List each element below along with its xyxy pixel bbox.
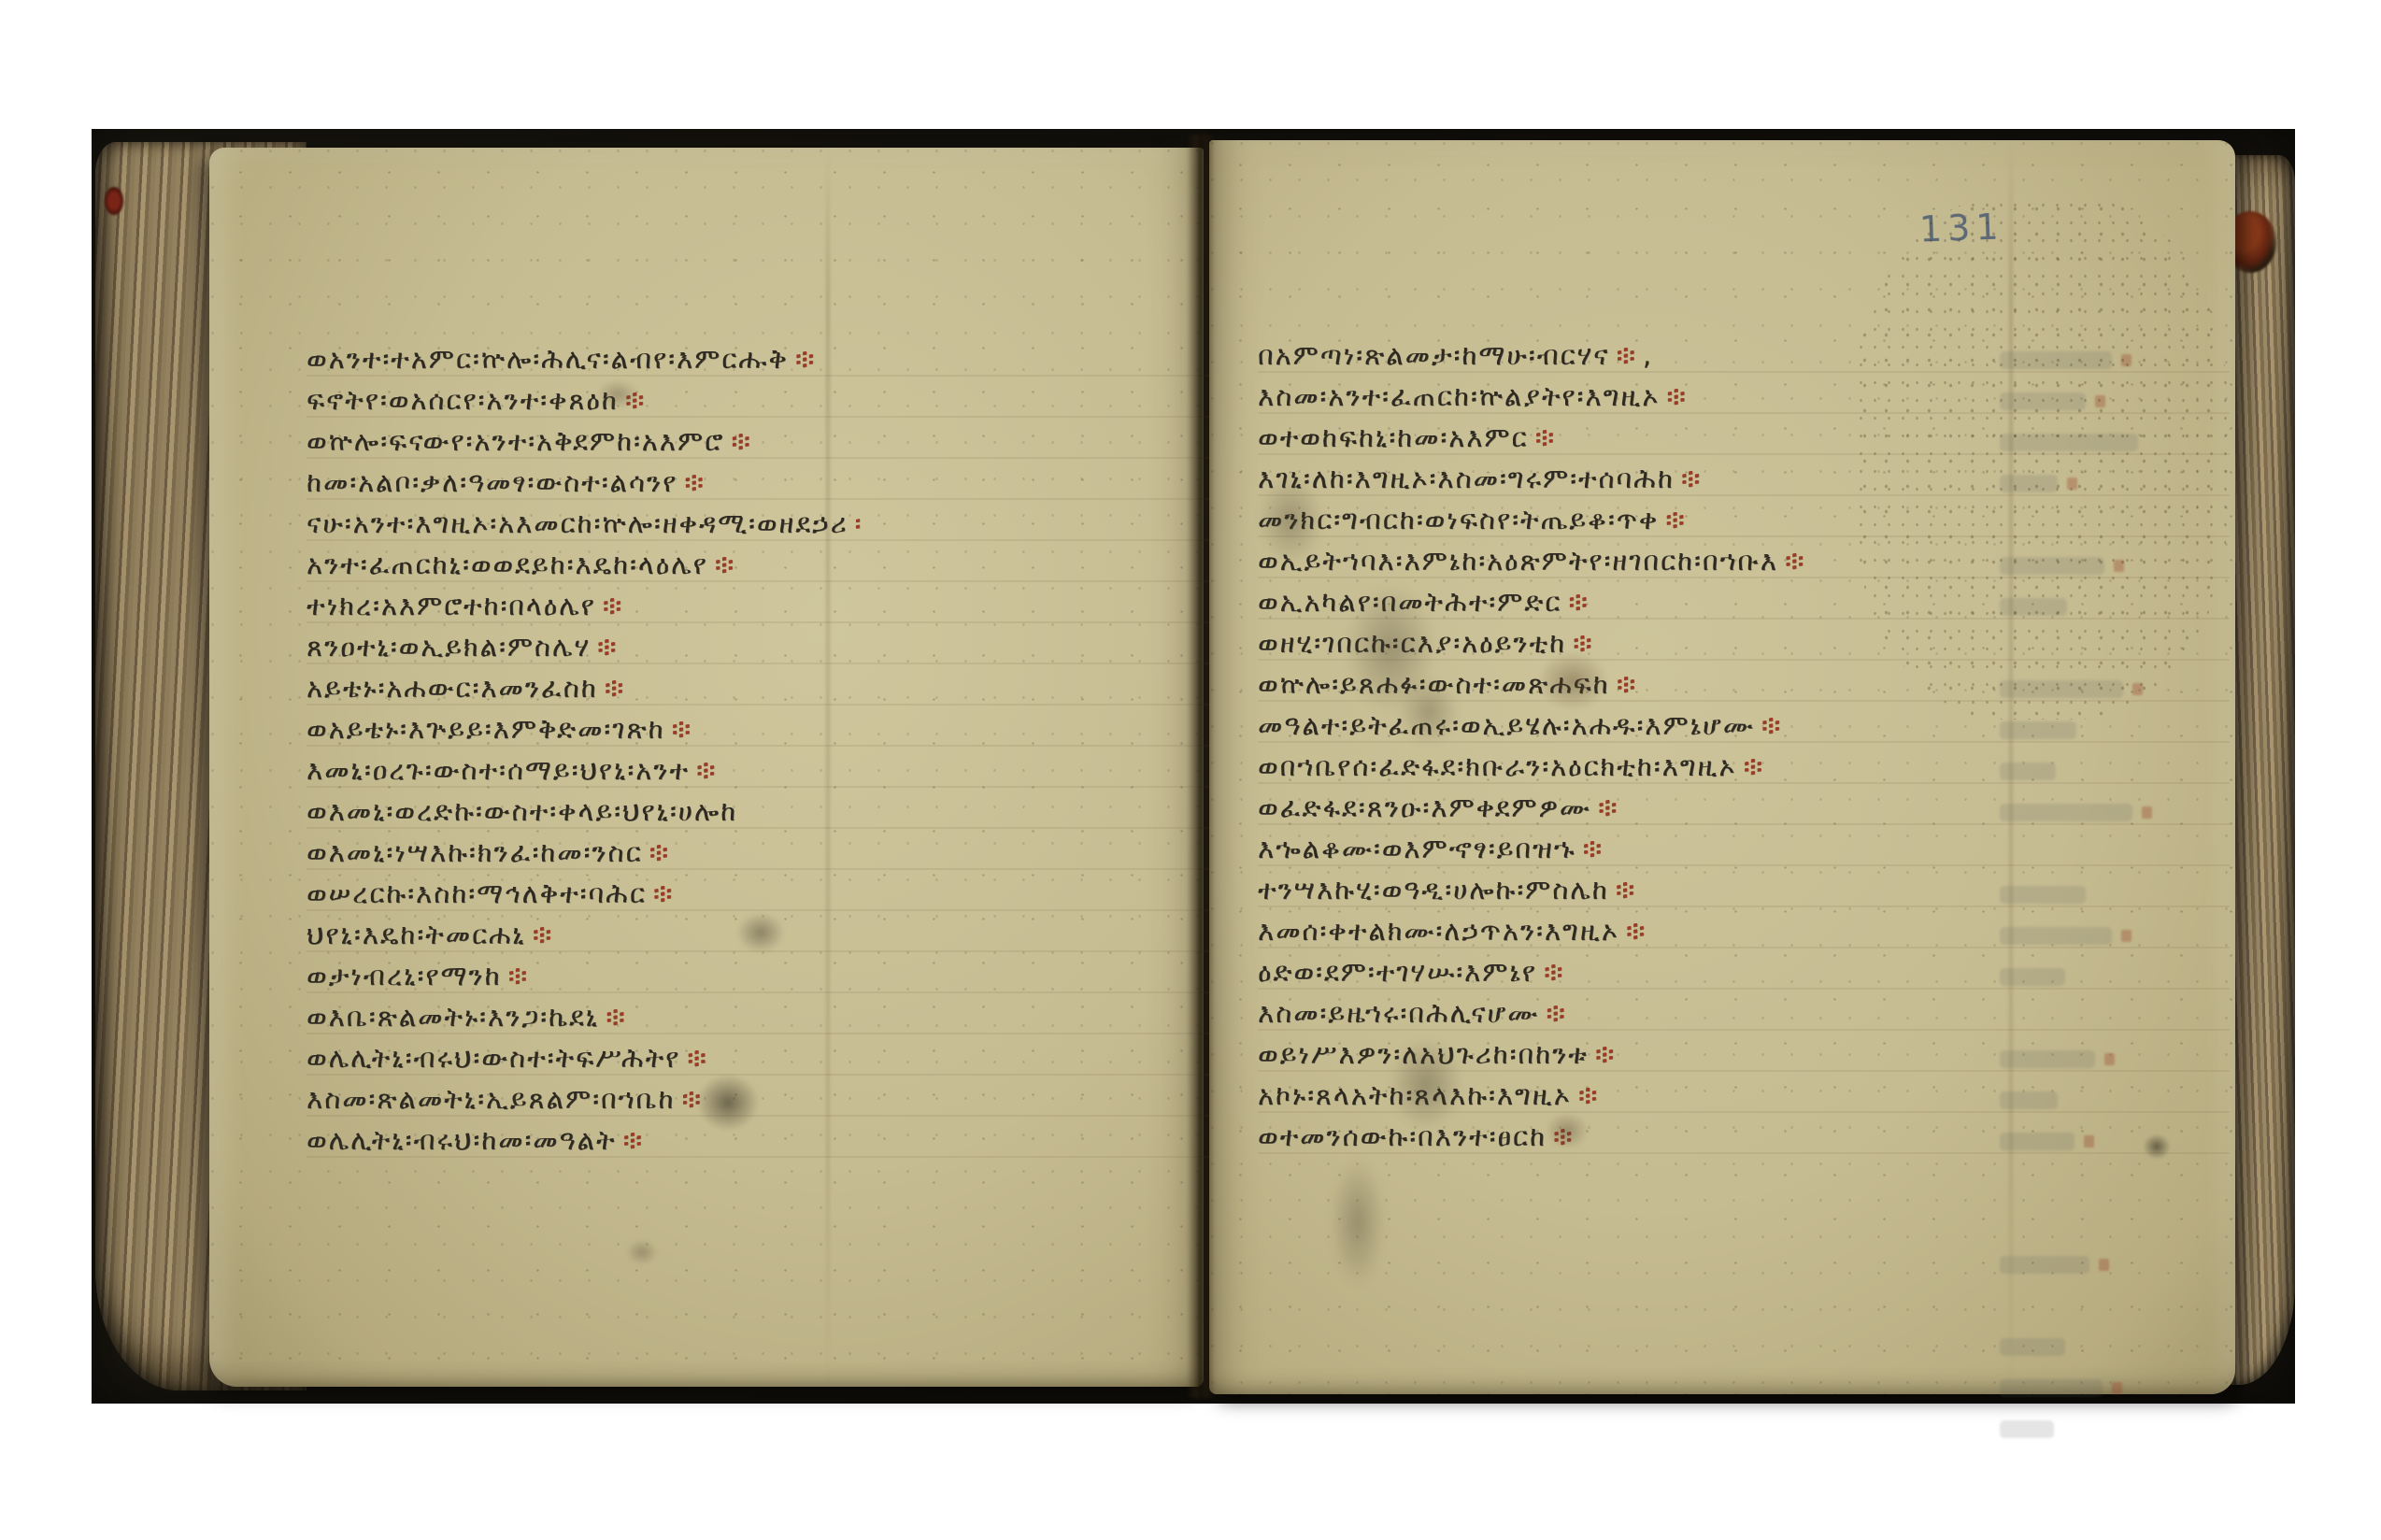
text-run: አኮኑ፡ጸላአትከ፡ጸላእኩ፡እግዚኦ <box>1258 1079 1572 1111</box>
text-line: ከመ፡አልቦ፡ቃለ፡ዓመፃ፡ውስተ፡ልሳንየ፨ <box>307 462 1222 503</box>
verse-separator: ፨ <box>1537 956 1564 988</box>
verse-separator: ፨ <box>647 877 674 909</box>
text-line: ወኵሎ፡ይጸሐፉ፡ውስተ፡መጽሐፍከ፨ <box>1258 663 2230 705</box>
text-line: ወይነሥእዎን፡ለአህጉሪከ፡በከንቱ፨ <box>1258 1034 2230 1075</box>
text-run: እኈልቆሙ፡ወእምኆፃ፡ይበዝኁ <box>1258 833 1576 864</box>
text-line: ፍኖትየ፡ወአሰርየ፡አንተ፡ቀጸዕከ፨ <box>307 379 1222 421</box>
text-run: ፍኖትየ፡ወአሰርየ፡አንተ፡ቀጸዕከ <box>307 384 619 416</box>
text-run: ዕድወ፡ደም፡ተገሃሡ፡እምኔየ <box>1258 956 1537 988</box>
verse-separator: ፨ <box>599 1001 626 1033</box>
text-line: ዕድወ፡ደም፡ተገሃሡ፡እምኔየ፨ <box>1258 951 2230 992</box>
text-run: ወሠረርኩ፡እስከ፡ማኅለቅተ፡ባሕር <box>307 877 647 909</box>
text-line: ወእመኒ፡ነሣእኩ፡ክንፈ፡ከመ፡ንስር፨ <box>307 832 1222 873</box>
text-run: እመሰ፡ቀተልክሙ፡ለኃጥአን፡እግዚኦ <box>1258 915 1619 947</box>
text-run: ወእመኒ፡ወረድኩ፡ውስተ፡ቀላይ፡ህየኒ፡ሀሎከ <box>307 795 737 827</box>
verse-separator: ፨ <box>1561 586 1589 618</box>
text-run: አይቴኑ፡አሐውር፡እመንፈስከ <box>307 672 598 704</box>
text-line: እስመ፡ጽልመትኒ፡ኢይጸልም፡በኀቤከ፨ <box>307 1078 1222 1119</box>
bleed-through-rubric-mark <box>2099 1259 2109 1271</box>
text-line: ወአንተ፡ተአምር፡ኵሎ፡ሕሊና፡ልብየ፡እምርሑቅ፨ <box>307 338 1222 379</box>
text-line: ወተመንሰውኩ፡በእንተ፡ፀርከ፨ <box>1258 1116 2230 1157</box>
verse-separator: ፨ <box>1609 874 1636 905</box>
verse-separator: ፨ <box>1610 339 1637 371</box>
text-run: ጸንዐተኒ፡ወኢይክል፡ምስሌሃ <box>307 631 591 663</box>
text-run: ወአይቴኑ፡እጕይይ፡እምቅድመ፡ገጽከ <box>307 713 665 745</box>
text-run: ወሌሊትኒ፡ብሩህ፡ውስተ፡ትፍሥሕትየ <box>307 1042 680 1074</box>
text-line: ወእቤ፡ጽልመትኑ፡እንጋ፡ኬደኒ፨ <box>307 996 1222 1037</box>
text-line: እኈልቆሙ፡ወእምኆፃ፡ይበዝኁ፨ <box>1258 828 2230 869</box>
verse-separator: ፨ <box>789 343 816 375</box>
verse-separator: ፨ <box>502 960 529 991</box>
text-run: ወእቤ፡ጽልመትኑ፡እንጋ፡ኬደኒ <box>307 1001 599 1033</box>
bleed-through-line <box>2000 1379 2103 1397</box>
text-run: ከመ፡አልቦ፡ቃለ፡ዓመፃ፡ውስተ፡ልሳንየ <box>307 466 677 498</box>
left-page: ወአንተ፡ተአምር፡ኵሎ፡ሕሊና፡ልብየ፡እምርሑቅ፨ፍኖትየ፡ወአሰርየ፡አን… <box>209 148 1204 1387</box>
text-run: ወፈድፋደ፡ጸንዑ፡እምቀደምዎሙ <box>1258 791 1591 823</box>
text-run: ወኢይትኀባእ፡እምኔከ፡አዕጽምትየ፡ዘገበርከ፡በኀቡእ <box>1258 545 1778 577</box>
text-line: ወኢይትኀባእ፡እምኔከ፡አዕጽምትየ፡ዘገበርከ፡በኀቡእ፨ <box>1258 540 2230 581</box>
text-line: ወሠረርኩ፡እስከ፡ማኅለቅተ፡ባሕር፨ <box>307 873 1222 914</box>
text-line: እስመ፡አንተ፡ፈጠርከ፡ኵልያትየ፡እግዚኦ፨ <box>1258 376 2230 417</box>
text-line: በአምጣነ፡ጽልመታ፡ከማሁ፡ብርሃና፨, <box>1258 335 2230 376</box>
verse-separator: ፨ <box>1566 627 1593 659</box>
text-line: አንተ፡ፈጠርከኒ፡ወወደይከ፡እዴከ፡ላዕሌየ፨ <box>307 544 1222 585</box>
verse-separator: ፨ <box>1737 750 1764 782</box>
text-run: ወይነሥእዎን፡ለአህጉሪከ፡በከንቱ <box>1258 1038 1589 1070</box>
verse-separator: ፨ <box>1755 709 1782 741</box>
text-run: ተነክረ፡አእምሮተከ፡በላዕሌየ <box>307 590 596 621</box>
left-page-text: ወአንተ፡ተአምር፡ኵሎ፡ሕሊና፡ልብየ፡እምርሑቅ፨ፍኖትየ፡ወአሰርየ፡አን… <box>307 338 1222 1170</box>
text-run: ወታነብረኒ፡የማንከ <box>307 960 502 991</box>
verse-separator: ፨ <box>665 713 692 745</box>
text-run: ወሌሊትኒ፡ብሩህ፡ከመ፡መዓልት <box>307 1124 617 1156</box>
text-line: ወአይቴኑ፡እጕይይ፡እምቅድመ፡ገጽከ፨ <box>307 708 1222 749</box>
verse-separator: ፨ <box>677 466 705 498</box>
verse-separator: ፨ <box>1572 1079 1599 1111</box>
verse-separator: ፨ <box>1547 1120 1574 1152</box>
verse-separator: ፨ <box>724 425 751 457</box>
verse-separator: ፨ <box>1619 915 1647 947</box>
verse-separator: ፨ <box>598 672 625 704</box>
right-page-text: በአምጣነ፡ጽልመታ፡ከማሁ፡ብርሃና፨,እስመ፡አንተ፡ፈጠርከ፡ኵልያትየ፡… <box>1258 335 2230 1166</box>
bleed-through-line <box>2000 1256 2089 1274</box>
text-run: መንክር፡ግብርከ፡ወነፍስየ፡ትጤይቆ፡ጥቀ <box>1258 504 1659 535</box>
text-run: በአምጣነ፡ጽልመታ፡ከማሁ፡ብርሃና <box>1258 339 1610 371</box>
verse-separator: ፨ <box>526 919 553 950</box>
text-line: ወዘሂ፡ገበርኩ፡ርእያ፡አዕይንቲከ፨ <box>1258 622 2230 663</box>
gutter-shadow <box>1187 135 1215 1398</box>
verse-separator: ፨ <box>1675 463 1702 494</box>
text-line: ወሌሊትኒ፡ብሩህ፡ውስተ፡ትፍሥሕትየ፨ <box>307 1037 1222 1078</box>
bleed-through-rubric-mark <box>2112 1382 2122 1394</box>
verse-separator: ፨ <box>708 549 735 580</box>
text-run: ተንሣእኩሂ፡ወዓዲ፡ሀሎኩ፡ምስሌከ <box>1258 874 1609 905</box>
text-run: ወኵሎ፡ይጸሐፉ፡ውስተ፡መጽሐፍከ <box>1258 668 1610 700</box>
text-run: ወተወከፍከኒ፡ከመ፡አእምር <box>1258 421 1529 453</box>
verse-separator: ፨ <box>591 631 618 663</box>
text-line: ወኵሎ፡ፍናውየ፡አንተ፡አቅደምከ፡አእምሮ፨ <box>307 421 1222 462</box>
text-line: ወእመኒ፡ወረድኩ፡ውስተ፡ቀላይ፡ህየኒ፡ሀሎከ <box>307 791 1222 832</box>
text-line: ወተወከፍከኒ፡ከመ፡አእምር፨ <box>1258 417 2230 458</box>
text-line: ተነክረ፡አእምሮተከ፡በላዕሌየ፨ <box>307 585 1222 626</box>
verse-separator: ፨ <box>1576 833 1604 864</box>
page-number: 131 <box>1918 206 2004 250</box>
verse-separator: ፨ <box>617 1124 644 1156</box>
text-line: እስመ፡ይዜኀሩ፡በሕሊናሆሙ፨ <box>1258 992 2230 1034</box>
verse-separator: ፨ <box>690 754 717 786</box>
page-edges-right <box>2230 155 2295 1385</box>
text-run: , <box>1637 339 1653 371</box>
text-line: አኮኑ፡ጸላአትከ፡ጸላእኩ፡እግዚኦ፨ <box>1258 1075 2230 1116</box>
text-line: መንክር፡ግብርከ፡ወነፍስየ፡ትጤይቆ፡ጥቀ፨ <box>1258 499 2230 540</box>
verse-separator: ፨ <box>1659 504 1686 535</box>
text-line: እመኒ፡ዐረጉ፡ውስተ፡ሰማይ፡ህየኒ፡አንተ፨ <box>307 749 1222 791</box>
text-line: ህየኒ፡እዴከ፡ትመርሐኒ፨ <box>307 914 1222 955</box>
verse-separator: ፨ <box>1539 997 1566 1029</box>
text-run: ወእመኒ፡ነሣእኩ፡ክንፈ፡ከመ፡ንስር <box>307 836 643 868</box>
verse-separator: ፨ <box>619 384 646 416</box>
verse-separator: ፨ <box>1610 668 1637 700</box>
right-page: 131 በአምጣነ፡ጽልመታ፡ከማሁ፡ብርሃና፨,እስመ፡አንተ፡ፈጠርከ፡ኵል… <box>1209 140 2235 1394</box>
verse-separator: ፨ <box>680 1042 707 1074</box>
verse-separator: ፨ <box>1589 1038 1616 1070</box>
text-run: ናሁ፡አንተ፡እግዚኦ፡አእመርከ፡ኵሎ፡ዘቀዳሚ፡ወዘደኃሪ <box>307 507 848 539</box>
text-line: ወታነብረኒ፡የማንከ፨ <box>307 955 1222 996</box>
text-run: ወበኀቤየሰ፡ፈድፋደ፡ክቡራን፡አዕርክቲከ፡እግዚኦ <box>1258 750 1737 782</box>
text-line: ተንሣእኩሂ፡ወዓዲ፡ሀሎኩ፡ምስሌከ፨ <box>1258 869 2230 910</box>
text-run: አንተ፡ፈጠርከኒ፡ወወደይከ፡እዴከ፡ላዕሌየ <box>307 549 708 580</box>
verse-separator: ፨ <box>1591 791 1618 823</box>
verse-separator: ፨ <box>676 1083 703 1115</box>
verse-separator: ፨ <box>643 836 670 868</box>
text-run: እገኒ፡ለከ፡እግዚኦ፡እስመ፡ግሩም፡ተሰባሕከ <box>1258 463 1675 494</box>
screenshot-root: ወአንተ፡ተአምር፡ኵሎ፡ሕሊና፡ልብየ፡እምርሑቅ፨ፍኖትየ፡ወአሰርየ፡አን… <box>0 0 2381 1540</box>
bleed-through-line <box>2000 1420 2054 1438</box>
text-run: እመኒ፡ዐረጉ፡ውስተ፡ሰማይ፡ህየኒ፡አንተ <box>307 754 690 786</box>
text-run: መዓልተ፡ይትፈጠሩ፡ወኢይሄሉ፡አሐዱ፡እምኔሆሙ <box>1258 709 1755 741</box>
text-run: ወአንተ፡ተአምር፡ኵሎ፡ሕሊና፡ልብየ፡እምርሑቅ <box>307 343 789 375</box>
text-line: ወበኀቤየሰ፡ፈድፋደ፡ክቡራን፡አዕርክቲከ፡እግዚኦ፨ <box>1258 746 2230 787</box>
text-line: ወሌሊትኒ፡ብሩህ፡ከመ፡መዓልት፨ <box>307 1119 1222 1161</box>
text-run: ወዘሂ፡ገበርኩ፡ርእያ፡አዕይንቲከ <box>1258 627 1566 659</box>
text-line: ናሁ፡አንተ፡እግዚኦ፡አእመርከ፡ኵሎ፡ዘቀዳሚ፡ወዘደኃሪ፡ <box>307 503 1222 544</box>
verse-separator: ፨ <box>1778 545 1805 577</box>
text-run: ወተመንሰውኩ፡በእንተ፡ፀርከ <box>1258 1120 1547 1152</box>
bleed-through-line <box>2000 1338 2065 1356</box>
verse-separator: ፨ <box>1529 421 1556 453</box>
text-run: ህየኒ፡እዴከ፡ትመርሐኒ <box>307 919 526 950</box>
text-line: ጸንዐተኒ፡ወኢይክል፡ምስሌሃ፨ <box>307 626 1222 667</box>
text-line: አይቴኑ፡አሐውር፡እመንፈስከ፨ <box>307 667 1222 708</box>
text-line: እመሰ፡ቀተልክሙ፡ለኃጥአን፡እግዚኦ፨ <box>1258 910 2230 951</box>
verse-separator: ፨ <box>596 590 623 621</box>
text-run: ወኵሎ፡ፍናውየ፡አንተ፡አቅደምከ፡አእምሮ <box>307 425 724 457</box>
text-run: እስመ፡ይዜኀሩ፡በሕሊናሆሙ <box>1258 997 1539 1029</box>
text-line: እገኒ፡ለከ፡እግዚኦ፡እስመ፡ግሩም፡ተሰባሕከ፨ <box>1258 458 2230 499</box>
verse-separator: ፨ <box>1660 380 1687 412</box>
text-run: እስመ፡አንተ፡ፈጠርከ፡ኵልያትየ፡እግዚኦ <box>1258 380 1660 412</box>
text-run: ወኢአካልየ፡በመትሕተ፡ምድር <box>1258 586 1561 618</box>
text-line: ወኢአካልየ፡በመትሕተ፡ምድር፨ <box>1258 581 2230 622</box>
text-line: ወፈድፋደ፡ጸንዑ፡እምቀደምዎሙ፨ <box>1258 787 2230 828</box>
verse-separator: ፡ <box>848 507 863 539</box>
text-run: እስመ፡ጽልመትኒ፡ኢይጸልም፡በኀቤከ <box>307 1083 676 1115</box>
manuscript-photo: ወአንተ፡ተአምር፡ኵሎ፡ሕሊና፡ልብየ፡እምርሑቅ፨ፍኖትየ፡ወአሰርየ፡አን… <box>92 129 2295 1404</box>
binding-red-detail <box>105 187 123 215</box>
text-line: መዓልተ፡ይትፈጠሩ፡ወኢይሄሉ፡አሐዱ፡እምኔሆሙ፨ <box>1258 705 2230 746</box>
